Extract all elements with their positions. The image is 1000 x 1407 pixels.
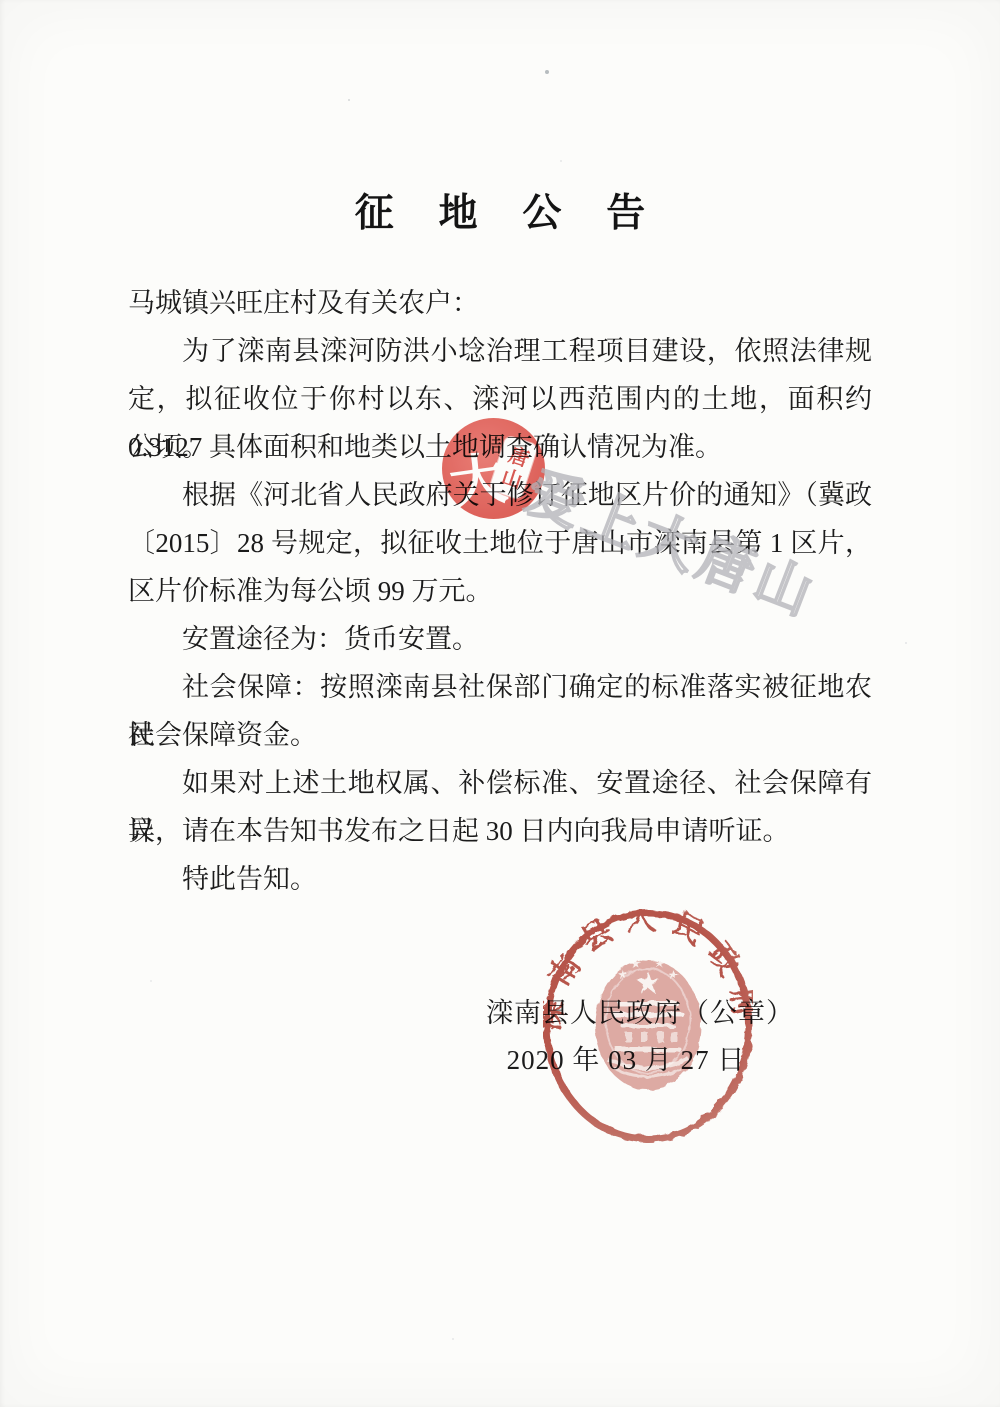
body-line: 议，请在本告知书发布之日起 30 日内向我局申请听证。 [128,807,872,855]
star-icon: ★ [635,967,662,1000]
star-icon: ★ [630,956,642,971]
body-line: 如果对上述土地权属、补偿标准、安置途径、社会保障有异 [128,759,872,807]
star-icon: ★ [617,967,629,982]
page-title: 征 地 公 告 [0,182,1000,238]
body-line: 特此告知。 [128,855,872,903]
document-page: 征 地 公 告 马城镇兴旺庄村及有关农户： 为了滦南县滦河防洪小埝治理工程项目建… [0,0,1000,1407]
body-line: 为了滦南县滦河防洪小埝治理工程项目建设，依照法律规 [128,327,872,375]
scan-specks [0,0,2,2]
body-line: 社会保障资金。 [128,711,872,759]
star-icon: ★ [654,956,666,971]
body-line: 马城镇兴旺庄村及有关农户： [128,279,872,327]
star-icon: ★ [667,967,679,982]
body-line: 社会保障：按照滦南县社保部门确定的标准落实被征地农民 [128,663,872,711]
body-line: 定，拟征收位于你村以东、滦河以西范围内的土地，面积约 0.3127 [128,375,872,423]
official-seal: 滦南县人民政府 ★ ★ ★ ★ ★ [543,909,753,1143]
body-line: 安置途径为：货币安置。 [128,615,872,663]
national-emblem-icon: ★ ★ ★ ★ ★ [595,956,701,1090]
